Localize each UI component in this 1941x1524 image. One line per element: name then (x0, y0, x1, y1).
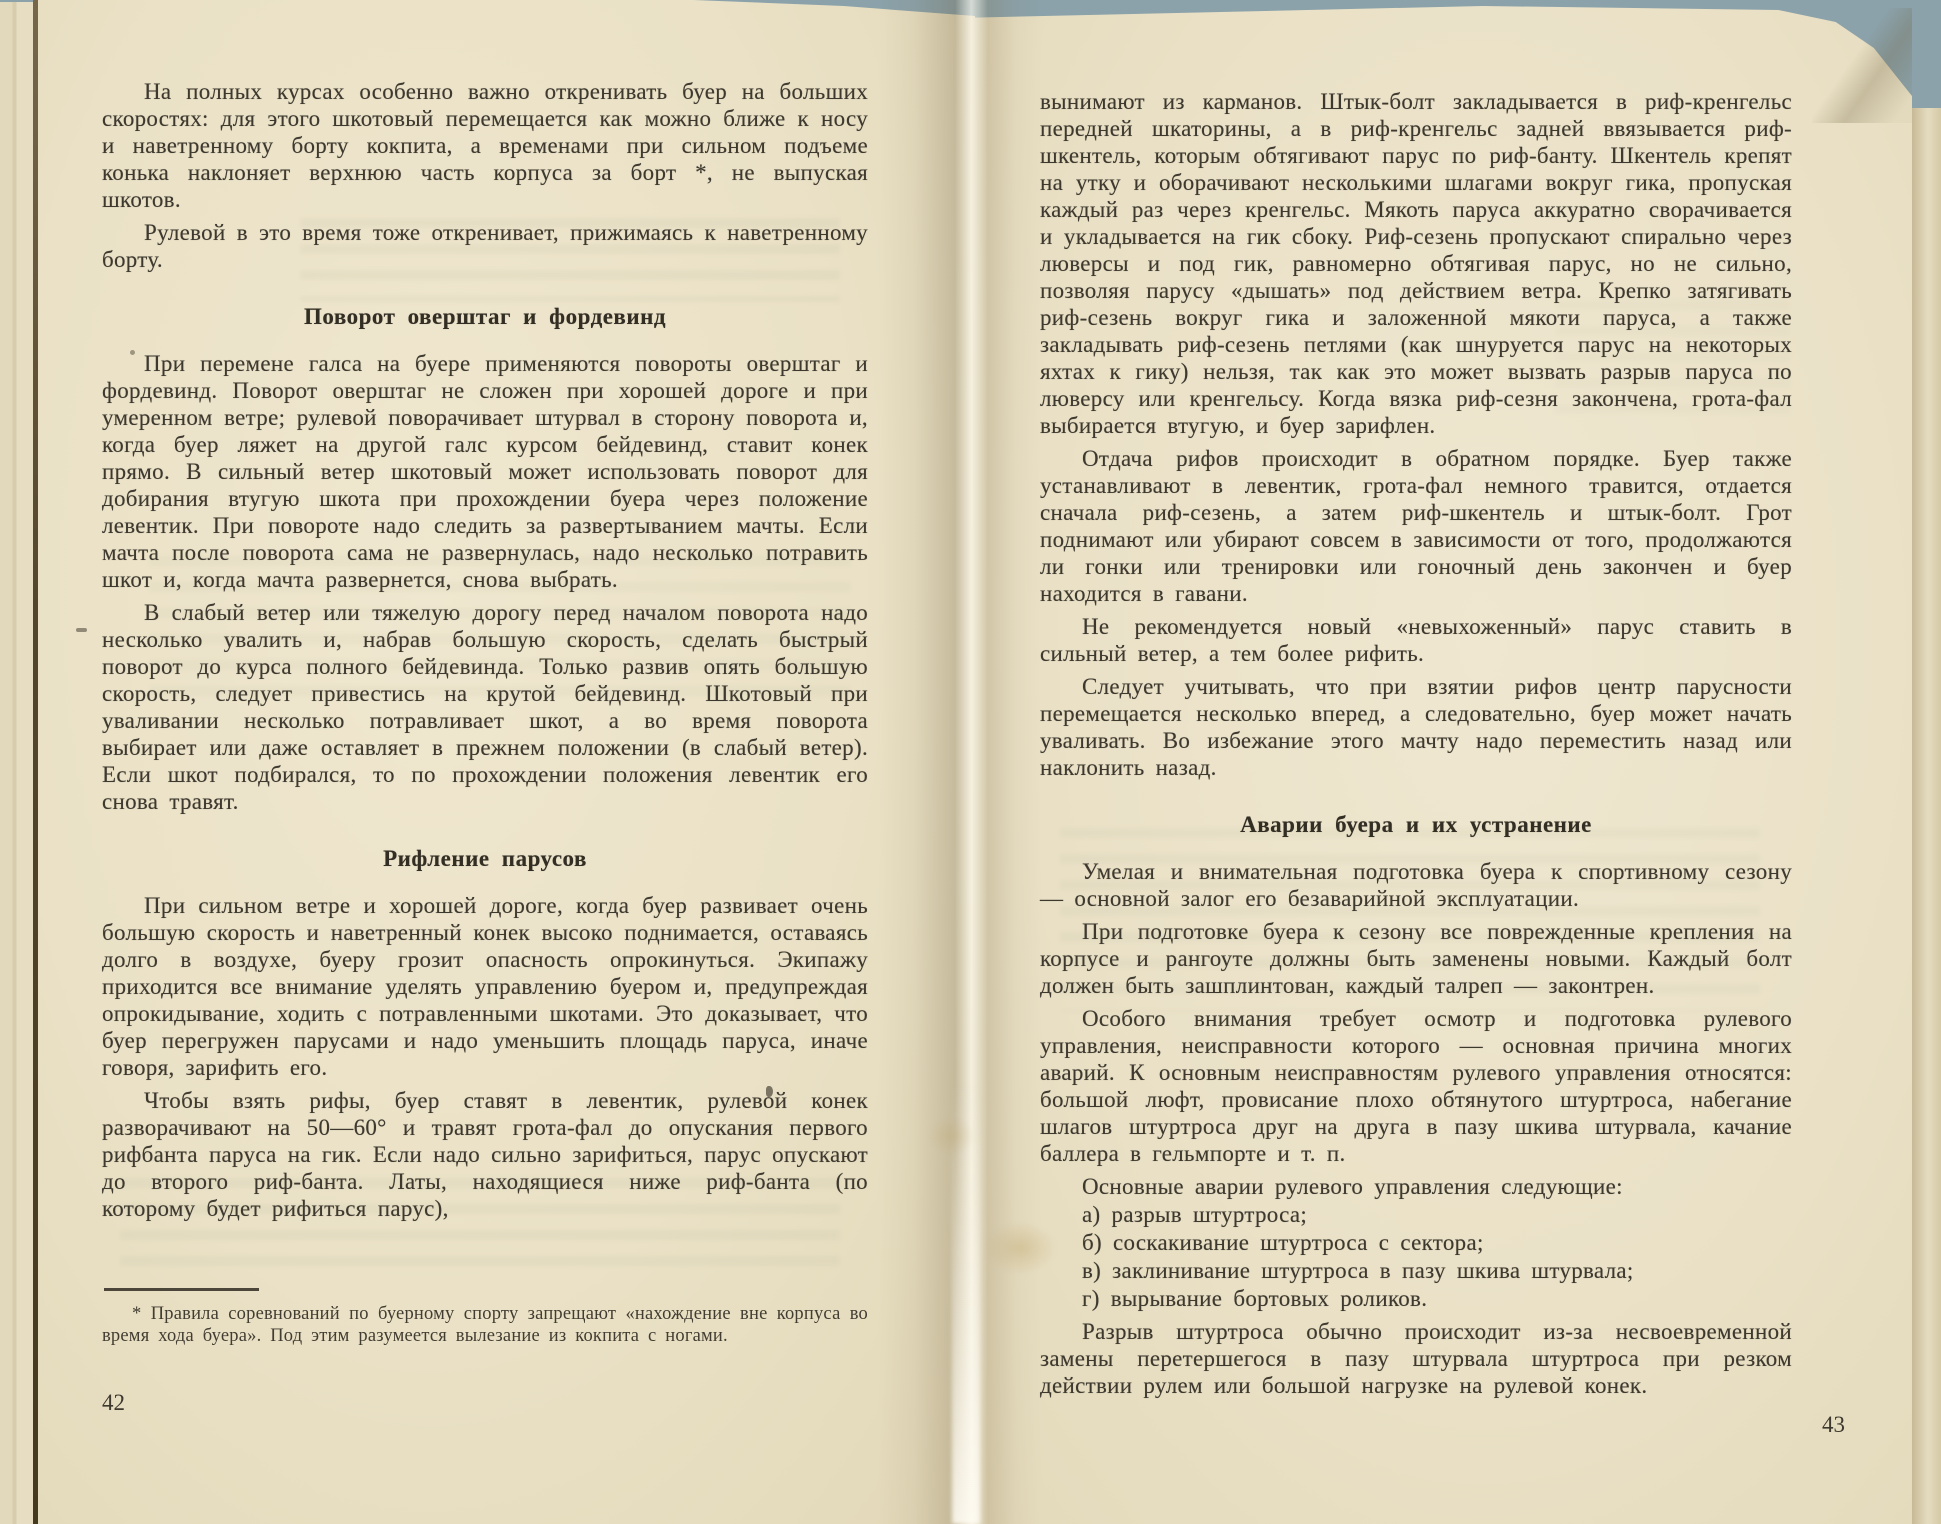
page-number-right: 43 (1822, 1412, 1845, 1438)
paragraph-steering: Особого внимания требует осмотр и подгот… (1040, 1005, 1792, 1167)
paragraph-preparation-2: При подготовке буера к сезону все повреж… (1040, 918, 1792, 999)
paragraph-cable-break: Разрыв штуртроса обычно происходит из-за… (1040, 1318, 1792, 1399)
paragraph-sail-center: Следует учитывать, что при взятии рифов … (1040, 673, 1792, 781)
page-number-left: 42 (102, 1390, 125, 1416)
paragraph-full-courses: На полных курсах особенно важно откренив… (102, 78, 868, 213)
book-scan: На полных курсах особенно важно откренив… (0, 0, 1941, 1524)
section-heading-reefing: Рифление парусов (102, 845, 868, 872)
accident-list-item-b: б) соскакивание штуртроса с сектора; (1040, 1229, 1792, 1256)
right-page-stack-edge (1912, 108, 1941, 1524)
paragraph-tacking-2: В слабый ветер или тяжелую дорогу перед … (102, 599, 868, 815)
paragraph-reefing-continued: вынимают из карманов. Штык-болт закладыв… (1040, 88, 1792, 439)
left-underpage-edge (0, 2, 36, 1524)
footnote: * Правила соревнований по буерному спорт… (102, 1288, 868, 1347)
right-page-text-column: вынимают из карманов. Штык-болт закладыв… (1040, 88, 1792, 1399)
section-heading-tacking: Поворот оверштаг и фордевинд (102, 303, 868, 330)
paragraph-tacking-1: При перемене галса на буере применяются … (102, 350, 868, 593)
accident-list-item-v: в) заклинивание штуртроса в пазу шкива ш… (1040, 1257, 1792, 1284)
footnote-rule (104, 1288, 259, 1291)
accident-list-item-g: г) вырывание бортовых роликов. (1040, 1285, 1792, 1312)
paragraph-preparation-1: Умелая и внимательная подготовка буера к… (1040, 858, 1792, 912)
paragraph-new-sail: Не рекомендуется новый «невыхоженный» па… (1040, 613, 1792, 667)
section-heading-accidents: Аварии буера и их устранение (1040, 811, 1792, 838)
left-page-text-column: На полных курсах особенно важно откренив… (102, 78, 868, 1222)
paragraph-list-intro: Основные аварии рулевого управления след… (1040, 1173, 1792, 1200)
paragraph-reefing-2: Чтобы взять рифы, буер ставят в левентик… (102, 1087, 868, 1222)
footnote-text: * Правила соревнований по буерному спорт… (102, 1303, 868, 1347)
accident-list-item-a: а) разрыв штуртроса; (1040, 1201, 1792, 1228)
paragraph-reefing-1: При сильном ветре и хорошей дороге, когд… (102, 892, 868, 1081)
paragraph-helmsman: Рулевой в это время тоже откренивает, пр… (102, 219, 868, 273)
paragraph-unreefing: Отдача рифов происходит в обратном поряд… (1040, 445, 1792, 607)
